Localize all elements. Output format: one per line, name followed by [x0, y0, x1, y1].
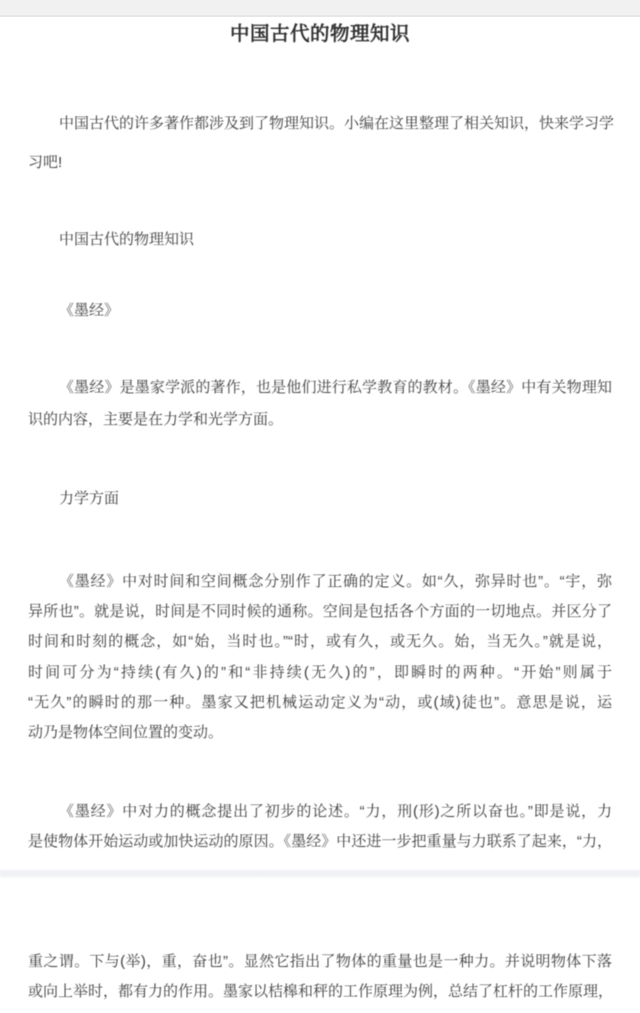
text-line: 动乃是物体空间位置的变动。 — [28, 718, 612, 748]
text-line: 习吧! — [28, 143, 612, 182]
text-line: 《墨经》中对力的概念提出了初步的论述。“力，刑(形)之所以奋也。”即是说，力 — [28, 797, 612, 827]
text-line: 识的内容，主要是在力学和光学方面。 — [28, 404, 612, 436]
doc-title: 中国古代的物理知识 — [0, 23, 640, 46]
document-page: 中国古代的物理知识 中国古代的许多著作都涉及到了物理知识。小编在这里整理了相关知… — [0, 0, 640, 1013]
paragraph-time-space: 《墨经》中对时间和空间概念分别作了正确的定义。如“久，弥异时也”。“宇，弥 异所… — [28, 567, 612, 748]
text-line: 时间和时刻的概念，如“始，当时也。”“时，或有久，或无久。始，当无久。”就是说， — [28, 627, 612, 657]
text-line: 是使物体开始运动或加快运动的原因。《墨经》中还进一步把重量与力联系了起来，“力， — [28, 827, 612, 857]
text-line: 《墨经》中对时间和空间概念分别作了正确的定义。如“久，弥异时也”。“宇，弥 — [28, 567, 612, 597]
text-line: 《墨经》是墨家学派的著作，也是他们进行私学教育的教材。《墨经》中有关物理知 — [28, 372, 612, 404]
paragraph-force: 《墨经》中对力的概念提出了初步的论述。“力，刑(形)之所以奋也。”即是说，力 是… — [28, 797, 612, 857]
paragraph-mojing: 《墨经》是墨家学派的著作，也是他们进行私学教育的教材。《墨经》中有关物理知 识的… — [28, 372, 612, 436]
text-line: 时间可分为“持续(有久)的”和“非持续(无久)的”，即瞬时的两种。“开始”则属于 — [28, 658, 612, 688]
paragraph-intro: 中国古代的许多著作都涉及到了物理知识。小编在这里整理了相关知识，快来学习学 习吧… — [28, 104, 612, 182]
page-separator — [0, 869, 640, 878]
section-heading-mojing: 《墨经》 — [28, 299, 612, 323]
text-line: 中国古代的许多著作都涉及到了物理知识。小编在这里整理了相关知识，快来学习学 — [28, 104, 612, 143]
top-bar — [0, 0, 640, 17]
paragraph-force-continued: 重之谓。下与(举)，重，奋也”。显然它指出了物体的重量也是一种力。并说明物体下落… — [28, 947, 612, 1007]
text-line: 异所也”。就是说，时间是不同时候的通称。空间是包括各个方面的一切地点。并区分了 — [28, 597, 612, 627]
section-heading-mechanics: 力学方面 — [28, 487, 612, 511]
text-line: “无久”的瞬时的那一种。墨家又把机械运动定义为“动，或(域)徒也”。意思是说，运 — [28, 688, 612, 718]
section-heading-overview: 中国古代的物理知识 — [28, 228, 612, 252]
text-line: 重之谓。下与(举)，重，奋也”。显然它指出了物体的重量也是一种力。并说明物体下落 — [28, 947, 612, 977]
text-line: 或向上举时，都有力的作用。墨家以桔槔和秤的工作原理为例，总结了杠杆的工作原理， — [28, 977, 612, 1007]
